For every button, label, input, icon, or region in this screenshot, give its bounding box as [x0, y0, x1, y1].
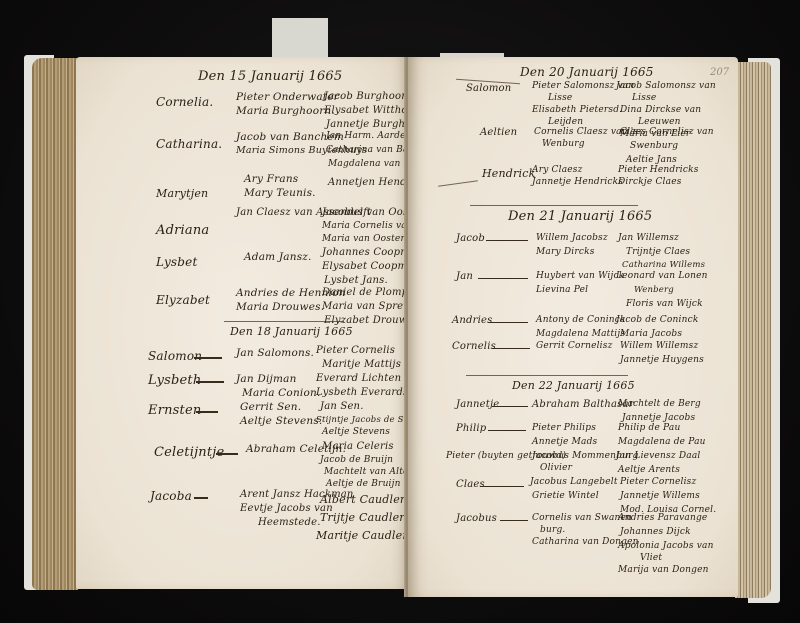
- child-name: Cornelis: [452, 341, 496, 352]
- witness-name: Magdalena de Pau: [618, 437, 706, 447]
- section-date: Den 21 Januarij 1665: [508, 209, 652, 224]
- witness-name: Machtelt van Alten: [324, 467, 415, 477]
- entry-dash: [492, 348, 530, 349]
- witness-name: Aeltje Stevens: [322, 427, 390, 437]
- parent-name: Leijden: [548, 117, 583, 127]
- parent-name: Lievina Pel: [536, 285, 588, 295]
- child-name: Salomon: [148, 349, 202, 363]
- witness-name: Maritje Mattijs: [322, 359, 401, 370]
- entry-dash: [500, 520, 528, 521]
- parent-name: Wenburg: [542, 139, 585, 149]
- child-name: Jacob: [456, 233, 485, 244]
- witness-name: Lisse: [632, 93, 656, 103]
- parent-name: Gerrit Cornelisz: [536, 341, 613, 351]
- section-date: Den 15 Januarij 1665: [198, 69, 342, 84]
- entry-dash: [216, 453, 238, 455]
- witness-name: Everard Lichten: [316, 373, 401, 384]
- child-name: Lysbet: [156, 255, 198, 269]
- child-name: Catharina.: [156, 137, 222, 151]
- page-number: 207: [710, 67, 729, 78]
- child-name: Marytjen: [156, 187, 208, 200]
- parent-name: Ary Claesz: [532, 165, 583, 175]
- witness-name: Jacob de Bruijn: [320, 455, 393, 465]
- witness-name: Aeltje de Bruijn: [326, 479, 401, 489]
- witness-name: Lysbeth Everards.: [316, 387, 412, 398]
- witness-name: Aeltie Jans: [626, 155, 677, 165]
- page-fore-edge-right: [735, 62, 771, 598]
- witness-name: Machtelt de Berg: [618, 399, 701, 409]
- parent-name: Ary Frans: [244, 173, 298, 185]
- child-name: Jannetje: [456, 399, 499, 410]
- witness-name: Maritje Caudler.: [316, 529, 410, 542]
- witness-name: Leonard van Lonen: [616, 271, 708, 281]
- witness-name: Jannetje Jacobs: [622, 413, 695, 423]
- parent-name: Heemstede.: [258, 517, 321, 528]
- witness-name: Philip de Pau: [618, 423, 680, 433]
- child-name: Lysbeth: [148, 373, 201, 388]
- child-name: Elyzabet: [156, 293, 210, 307]
- witness-name: Jannetje Huygens: [620, 355, 704, 365]
- parent-name: Grietie Wintel: [532, 491, 599, 501]
- parent-name: Elisabeth Pietersd.: [532, 105, 622, 115]
- witness-name: Leeuwen: [638, 117, 681, 127]
- parent-name: Annetje Mads: [532, 437, 597, 447]
- parent-name: Aeltje Stevens.: [240, 415, 322, 427]
- section-date: Den 22 Januarij 1665: [512, 379, 635, 392]
- witness-name: Maria Jacobs: [620, 329, 682, 339]
- witness-name: Marija van Dongen: [618, 565, 709, 575]
- parent-name: Mary Dircks: [536, 247, 595, 257]
- parent-name: Huybert van Wijck: [536, 271, 624, 281]
- parent-name: Jannetje Hendricks: [532, 177, 623, 187]
- witness-name: Wenberg: [634, 285, 674, 295]
- parent-name: Antony de Coninck: [536, 315, 626, 325]
- witness-name: Floris van Wijck: [626, 299, 703, 309]
- parent-name: Maria Conion.: [242, 387, 320, 399]
- witness-name: Jannetje Willems: [620, 491, 700, 501]
- child-name: Adriana: [156, 223, 209, 238]
- entry-dash: [478, 278, 528, 279]
- parent-name: Willem Jacobsz: [536, 233, 608, 243]
- witness-name: Pieter Cornelis: [316, 345, 395, 356]
- section-date: Den 20 Januarij 1665: [520, 65, 654, 79]
- child-name: Salomon: [466, 83, 511, 94]
- child-name: Hendrick: [482, 167, 535, 180]
- parent-name: Gerrit Sen.: [240, 401, 301, 413]
- parent-name: Olivier: [540, 463, 572, 473]
- section-date: Den 18 Januarij 1665: [230, 325, 353, 338]
- witness-name: Pieter Cornelisz: [620, 477, 696, 487]
- witness-name: Jan Sen.: [320, 401, 364, 412]
- parent-name: Maria Drouwes.: [236, 301, 324, 313]
- child-name: Andries: [452, 315, 493, 326]
- entry-dash: [194, 357, 222, 359]
- witness-name: Lysbet Jans.: [324, 275, 388, 286]
- entry-dash: [196, 411, 218, 413]
- right-page: 207 Den 20 Januarij 1665 Salomon Pieter …: [408, 57, 738, 597]
- witness-name: Trijntje Claes: [626, 247, 690, 257]
- entry-dash: [196, 381, 224, 383]
- section-rule: [224, 321, 344, 322]
- parent-name: Lisse: [548, 93, 572, 103]
- entry-dash: [480, 486, 524, 487]
- witness-name: Johannes Dijck: [620, 527, 691, 537]
- witness-name: Pieter Hendricks: [618, 165, 699, 175]
- witness-name: Swenburg: [630, 141, 678, 151]
- parent-name: burg.: [540, 525, 565, 535]
- witness-name: Jan Lievensz Daal: [616, 451, 700, 461]
- paper-tab: [272, 18, 328, 58]
- witness-name: Dina Dirckse van: [620, 105, 701, 115]
- witness-name: Andries Paravange: [618, 513, 707, 523]
- witness-name: Jacob Burghoorn: [324, 91, 413, 102]
- witness-name: Jan Willemsz: [618, 233, 679, 243]
- witness-name: Catharina Willems: [622, 260, 705, 270]
- section-rule: [466, 375, 628, 376]
- witness-name: Maria Celeris: [322, 441, 394, 452]
- parent-name: Pieter Philips: [532, 423, 596, 433]
- parent-name: Jan Dijman: [236, 373, 297, 385]
- witness-name: Claes Cornelisz van: [620, 127, 714, 137]
- child-name: Claes: [456, 479, 485, 490]
- child-name: Jacobus: [456, 513, 497, 524]
- witness-name: Daniel de Plomp: [322, 287, 408, 298]
- parent-name: Jacobus Langebelt: [530, 477, 618, 487]
- parent-name: Maria Burghoorn.: [236, 105, 335, 117]
- child-name: Cornelia.: [156, 95, 213, 109]
- entry-dash: [492, 406, 528, 407]
- parent-name: Eevtje Jacobs van: [240, 503, 333, 514]
- witness-name: Trijtje Caudler: [320, 511, 405, 524]
- witness-name: Aeltje Arents: [618, 465, 680, 475]
- child-name: Ernsten: [148, 403, 201, 418]
- witness-name: Jacob de Coninck: [616, 315, 698, 325]
- page-fore-edge-left: [32, 58, 78, 590]
- left-page: Den 15 Januarij 1665 Cornelia. Pieter On…: [76, 57, 408, 589]
- child-name: Jan: [456, 271, 473, 282]
- child-name: Aeltien: [480, 127, 517, 138]
- parent-name: Mary Teunis.: [244, 187, 316, 199]
- entry-dash: [194, 497, 208, 499]
- parent-name: Jan Salomons.: [236, 347, 314, 359]
- witness-name: Albert Caudler: [320, 493, 405, 506]
- witness-name: Apolonia Jacobs van: [618, 541, 714, 551]
- section-rule: [470, 205, 638, 206]
- parent-name: Adam Jansz.: [244, 251, 312, 263]
- flourish-line: [438, 180, 478, 187]
- parent-name: Magdalena Mattijs: [536, 329, 625, 339]
- witness-name: Willem Willemsz: [620, 341, 698, 351]
- witness-name: Dirckje Claes: [618, 177, 682, 187]
- entry-dash: [488, 430, 526, 431]
- entry-dash: [488, 322, 528, 323]
- child-name: Philip: [456, 423, 486, 434]
- entry-dash: [486, 240, 528, 241]
- child-name: Celetijntje: [154, 445, 224, 460]
- witness-name: Vliet: [640, 553, 662, 563]
- child-name: Jacoba: [150, 489, 192, 503]
- witness-name: Jacob Salomonsz van: [616, 81, 716, 91]
